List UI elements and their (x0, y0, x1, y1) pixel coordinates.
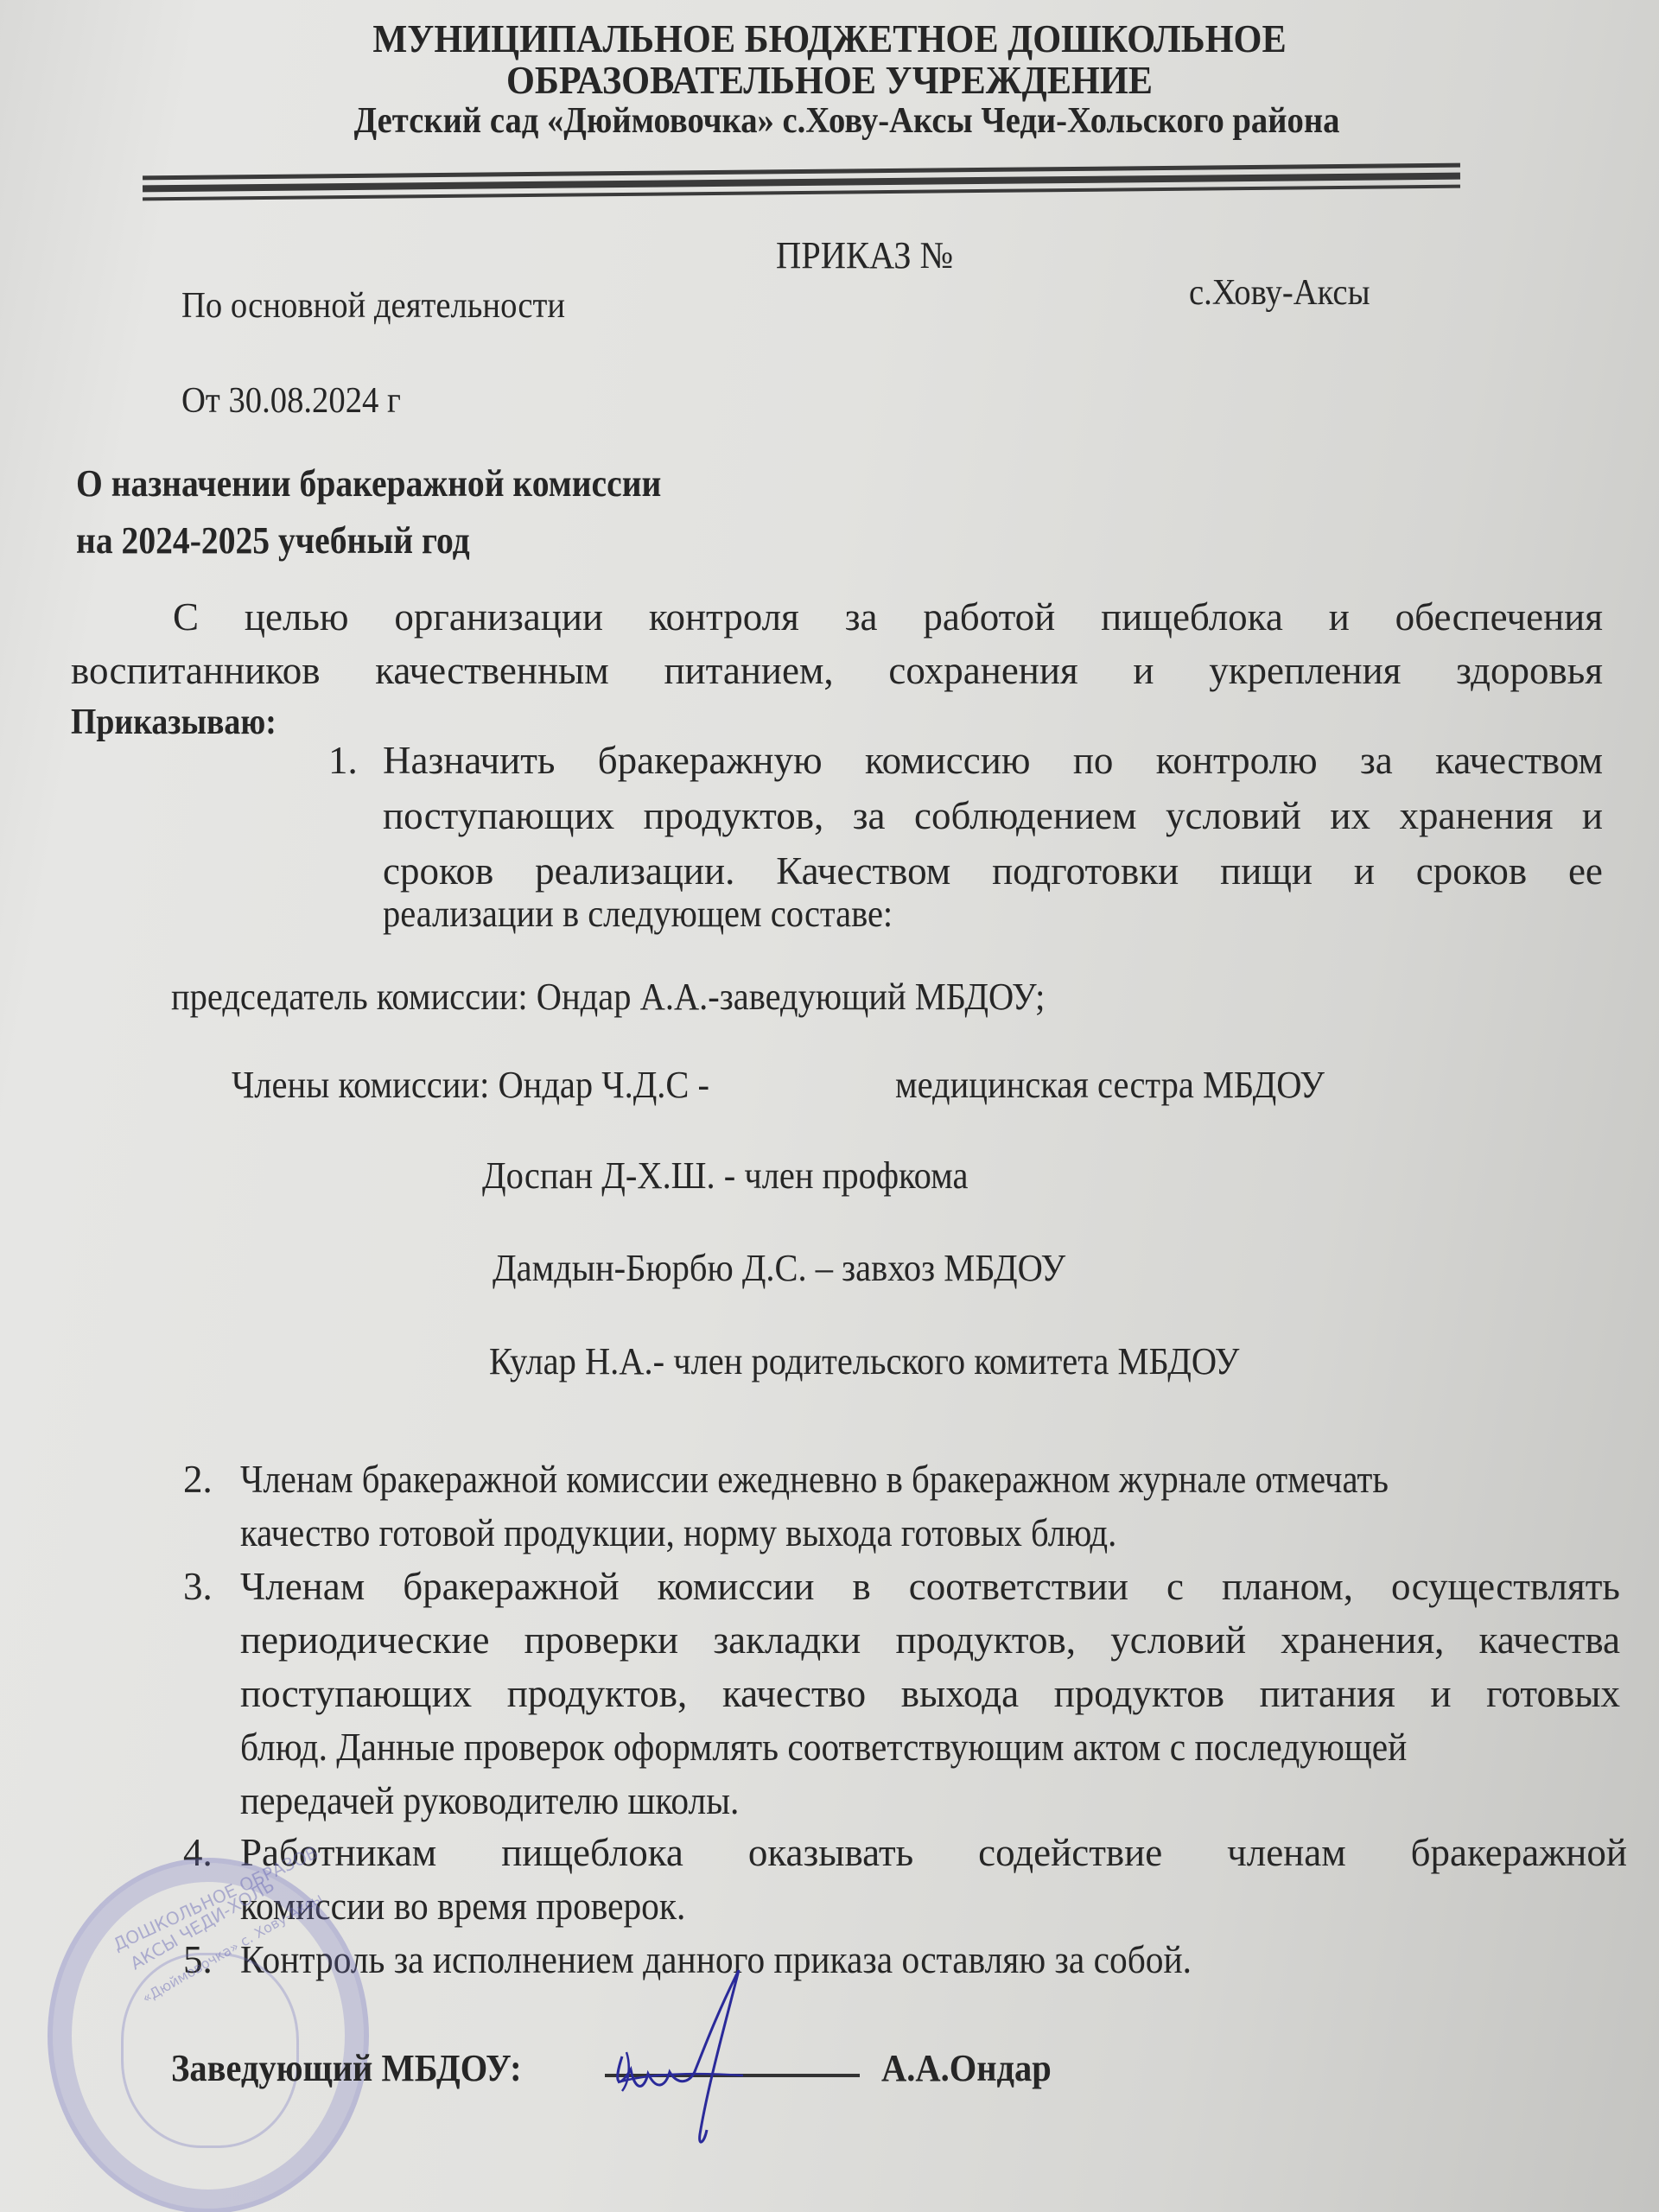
item-2-line2: качество готовой продукции, норму выхода… (240, 1510, 1116, 1555)
handwritten-signature-icon (596, 1961, 804, 2177)
commission-member3: Дамдын-Бюрбю Д.С. – завхоз МБДОУ (493, 1246, 1065, 1290)
signature-name: А.А.Ондар (881, 2046, 1052, 2090)
subject-line1: О назначении бракеражной комиссии (76, 461, 661, 505)
item-3-line5: передачей руководителю школы. (240, 1778, 739, 1823)
item-1-line3: сроковреализации.Качествомподготовкипищи… (383, 849, 1603, 893)
header-org-line2: ОБРАЗОВАТЕЛЬНОЕ УЧРЕЖДЕНИЕ (67, 57, 1592, 103)
item-2-line1: Членам бракеражной комиссии ежедневно в … (240, 1457, 1389, 1502)
commission-members-label: Члены комиссии: Ондар Ч.Д.С - (232, 1063, 709, 1107)
commission-chair: председатель комиссии: Ондар А.А.-заведу… (171, 975, 1045, 1019)
header-org-line1: МУНИЦИПАЛЬНОЕ БЮДЖЕТНОЕ ДОШКОЛЬНОЕ (67, 16, 1592, 61)
preamble-line2: воспитанниковкачественнымпитанием,сохран… (71, 648, 1603, 693)
signature-position: Заведующий МБДОУ: (171, 2046, 522, 2090)
order-place: с.Хову-Аксы (1189, 272, 1370, 314)
item-3-line4: блюд. Данные проверок оформлять соответс… (240, 1725, 1407, 1770)
commission-member4: Кулар Н.А.- член родительского комитета … (489, 1339, 1239, 1383)
item-3-number: 3. (183, 1564, 213, 1609)
item-1-line4: реализации в следующем составе: (383, 892, 893, 936)
order-date: От 30.08.2024 г (181, 380, 401, 422)
commission-member2: Доспан Д-Х.Ш. - член профкома (482, 1154, 968, 1198)
item-1-number: 1. (328, 738, 358, 783)
item-1-line1: Назначитьбракеражнуюкомиссиюпоконтролюза… (383, 738, 1603, 783)
order-word: Приказываю: (71, 702, 276, 743)
document-page: МУНИЦИПАЛЬНОЕ БЮДЖЕТНОЕ ДОШКОЛЬНОЕ ОБРАЗ… (0, 0, 1659, 2212)
preamble-line1: Сцельюорганизацииконтролязаработойпищебл… (173, 594, 1603, 639)
item-3-line3: поступающихпродуктов,качествовыходапроду… (240, 1671, 1620, 1716)
subject-line2: на 2024-2025 учебный год (76, 518, 470, 563)
item-3-line1: Членамбракеражнойкомиссиивсоответствиисп… (240, 1564, 1620, 1609)
item-2-number: 2. (183, 1457, 213, 1502)
order-category: По основной деятельности (181, 285, 565, 327)
item-1-line2: поступающихпродуктов,засоблюдениемуслови… (383, 793, 1603, 838)
item-4-line1: Работникампищеблокаоказыватьсодействиечл… (240, 1830, 1627, 1875)
order-title: ПРИКАЗ № (776, 233, 953, 277)
item-3-line2: периодическиепроверкизакладкипродуктов,у… (240, 1618, 1620, 1662)
header-kindergarten-name: Детский сад «Дюймовочка» с.Хову-Аксы Чед… (84, 100, 1610, 142)
commission-member1-role: медицинская сестра МБДОУ (895, 1063, 1325, 1107)
